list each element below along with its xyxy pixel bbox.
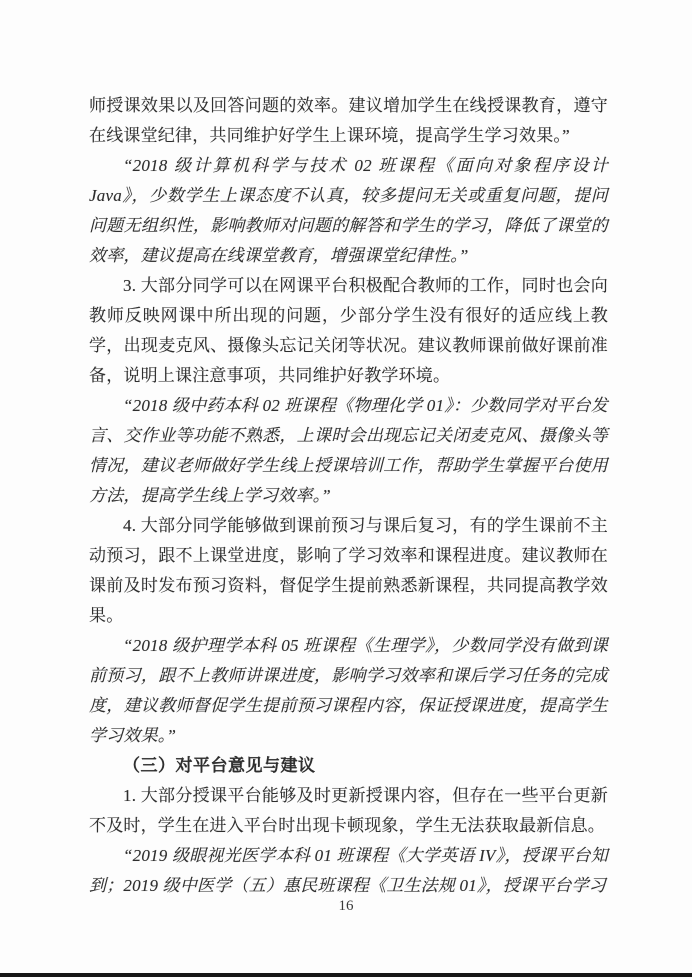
- page-number: 16: [339, 898, 354, 914]
- scan-edge-line: [0, 973, 692, 977]
- paragraph: 3. 大部分同学可以在网课平台积极配合教师的工作，同时也会向教师反映网课中所出现…: [89, 271, 608, 391]
- page-footer: 16: [0, 894, 692, 918]
- document-page: 师授课效果以及回答问题的效率。建议增加学生在线授课教育，遵守在线课堂纪律，共同维…: [0, 0, 692, 979]
- paragraph: 4. 大部分同学能够做到课前预习与课后复习，有的学生课前不主动预习，跟不上课堂进…: [89, 511, 608, 631]
- paragraph: 师授课效果以及回答问题的效率。建议增加学生在线授课教育，遵守在线课堂纪律，共同维…: [89, 91, 608, 151]
- paragraph: （三）对平台意见与建议: [89, 751, 608, 781]
- document-body: 师授课效果以及回答问题的效率。建议增加学生在线授课教育，遵守在线课堂纪律，共同维…: [89, 91, 608, 901]
- paragraph: 1. 大部分授课平台能够及时更新授课内容，但存在一些平台更新不及时，学生在进入平…: [89, 781, 608, 841]
- paragraph: “2018 级中药本科 02 班课程《物理化学 01》：少数同学对平台发言、交作…: [89, 391, 608, 511]
- paragraph: “2018 级护理学本科 05 班课程《生理学》，少数同学没有做到课前预习，跟不…: [89, 631, 608, 751]
- paragraph: “2019 级眼视光医学本科 01 班课程《大学英语 IV》，授课平台知到；20…: [89, 841, 608, 901]
- paragraph: “2018 级计算机科学与技术 02 班课程《面向对象程序设计 Java》，少数…: [89, 151, 608, 271]
